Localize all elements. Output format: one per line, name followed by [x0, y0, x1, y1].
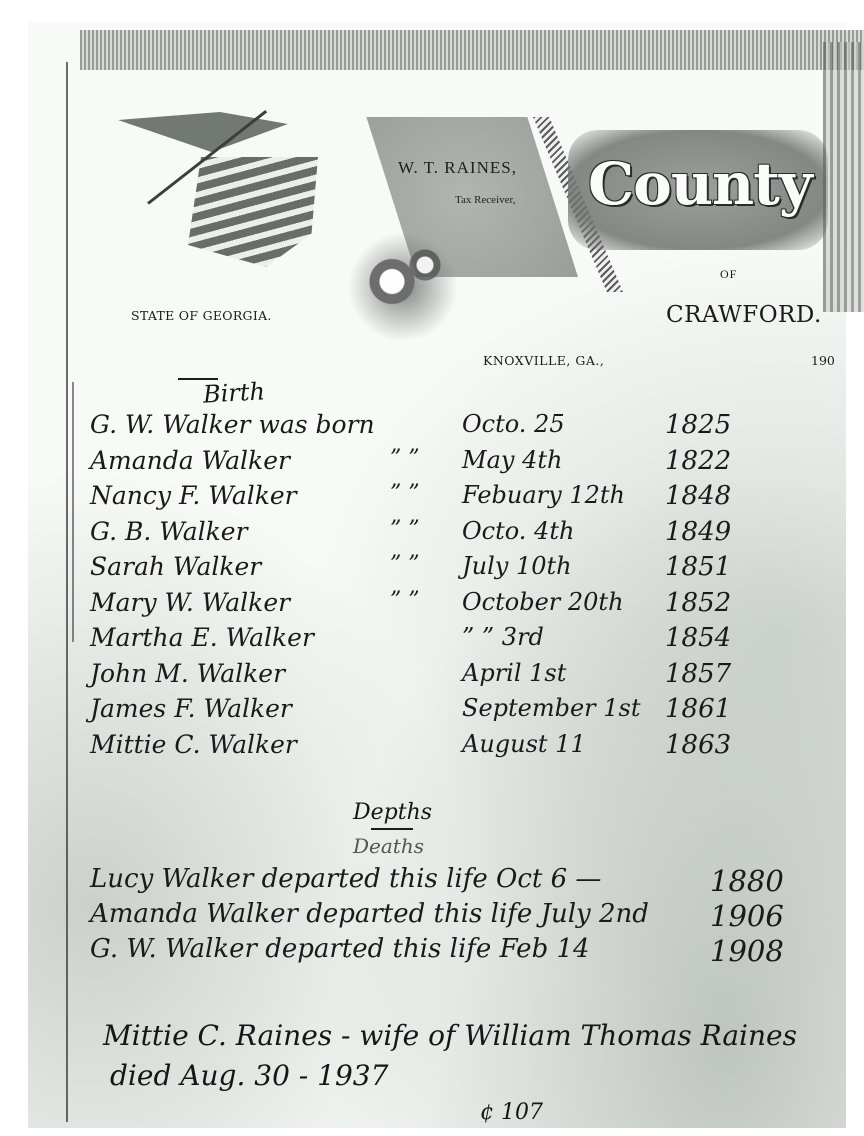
birth-date: Octo. 4th: [462, 517, 574, 545]
birth-date: Octo. 25: [462, 410, 565, 438]
birth-year: 1854: [665, 623, 731, 653]
birth-entry: Martha E. Walker” ” 3rd1854: [90, 623, 810, 657]
note-line-1: Mittie C. Raines - wife of William Thoma…: [103, 1019, 797, 1052]
birth-entry: Amanda Walker” ”May 4th1822: [90, 446, 810, 480]
right-drape-ornament: [823, 42, 864, 312]
birth-entry: Sarah Walker” ”July 10th1851: [90, 552, 810, 586]
births-heading: Birth: [202, 377, 265, 408]
birth-year: 1848: [665, 481, 731, 511]
death-year: 1906: [710, 899, 784, 933]
birth-name: Nancy F. Walker: [90, 481, 297, 510]
birth-entry: G. W. Walker was bornOcto. 251825: [90, 410, 810, 444]
heading-underline: [371, 828, 413, 830]
birth-entry: James F. WalkerSeptember 1st1861: [90, 694, 810, 728]
birth-date: April 1st: [462, 659, 566, 687]
birth-entry: Mary W. Walker” ”October 20th1852: [90, 588, 810, 622]
death-text: Amanda Walker departed this life July 2n…: [90, 899, 649, 929]
note-line-2: died Aug. 30 - 1937: [110, 1059, 388, 1092]
death-year: 1880: [710, 864, 784, 898]
birth-name: Mary W. Walker: [90, 588, 290, 617]
page-mark: ¢ 107: [480, 1100, 543, 1125]
birth-year: 1822: [665, 446, 731, 476]
birth-year: 1857: [665, 659, 731, 689]
death-year: 1908: [710, 934, 784, 968]
birth-date: Febuary 12th: [462, 481, 625, 509]
birth-date: ” ” 3rd: [462, 623, 544, 651]
location-line: KNOXVILLE, GA.,: [483, 353, 604, 368]
document-page: W. T. RAINES, Tax Receiver, County OF ST…: [28, 22, 846, 1128]
proprietor-title: Tax Receiver,: [455, 194, 515, 206]
birth-name: Martha E. Walker: [90, 623, 314, 652]
birth-ditto: ” ”: [390, 446, 420, 471]
birth-year: 1825: [665, 410, 731, 440]
birth-ditto: ” ”: [390, 481, 420, 506]
eagle-and-flag-engraving: [118, 82, 318, 282]
proprietor-name: W. T. RAINES,: [398, 158, 517, 178]
birth-name: G. W. Walker was born: [90, 410, 375, 439]
flag-icon: [188, 157, 318, 267]
birth-year: 1852: [665, 588, 731, 618]
birth-ditto: ” ”: [390, 588, 420, 613]
letterhead-top-border: [80, 30, 864, 70]
left-margin-rule: [66, 62, 68, 1122]
birth-name: Mittie C. Walker: [90, 730, 297, 759]
birth-entry: John M. WalkerApril 1st1857: [90, 659, 810, 693]
date-year-prefix: 190: [811, 353, 835, 368]
birth-year: 1861: [665, 694, 731, 724]
birth-entry: Nancy F. Walker” ”Febuary 12th1848: [90, 481, 810, 515]
left-margin-rule-secondary: [72, 382, 74, 642]
birth-ditto: ” ”: [390, 517, 420, 542]
birth-date: September 1st: [462, 694, 641, 722]
deaths-heading: Depths: [353, 800, 432, 825]
flower-ornament-icon: [348, 232, 458, 342]
county-ornamental-word: County: [588, 150, 812, 218]
county-name: CRAWFORD.: [666, 302, 822, 328]
birth-date: October 20th: [462, 588, 624, 616]
birth-date: August 11: [462, 730, 586, 758]
death-entry: Lucy Walker departed this life Oct 6 —18…: [90, 864, 850, 904]
death-text: G. W. Walker departed this life Feb 14: [90, 934, 590, 964]
birth-year: 1851: [665, 552, 731, 582]
birth-entry: G. B. Walker” ”Octo. 4th1849: [90, 517, 810, 551]
birth-ditto: ” ”: [390, 552, 420, 577]
birth-date: July 10th: [462, 552, 572, 580]
eagle-icon: [118, 112, 288, 152]
birth-date: May 4th: [462, 446, 562, 474]
of-word: OF: [720, 267, 737, 282]
death-entry: G. W. Walker departed this life Feb 1419…: [90, 934, 850, 974]
death-text: Lucy Walker departed this life Oct 6 —: [90, 864, 601, 894]
birth-year: 1849: [665, 517, 731, 547]
death-entry: Amanda Walker departed this life July 2n…: [90, 899, 850, 939]
birth-year: 1863: [665, 730, 731, 760]
birth-name: G. B. Walker: [90, 517, 248, 546]
heading-underline: [178, 378, 218, 380]
deaths-heading-faint: Deaths: [353, 834, 424, 858]
birth-name: John M. Walker: [90, 659, 285, 688]
birth-entry: Mittie C. WalkerAugust 111863: [90, 730, 810, 764]
birth-name: Sarah Walker: [90, 552, 261, 581]
birth-name: Amanda Walker: [90, 446, 290, 475]
birth-name: James F. Walker: [90, 694, 292, 723]
state-label: STATE OF GEORGIA.: [131, 308, 272, 323]
